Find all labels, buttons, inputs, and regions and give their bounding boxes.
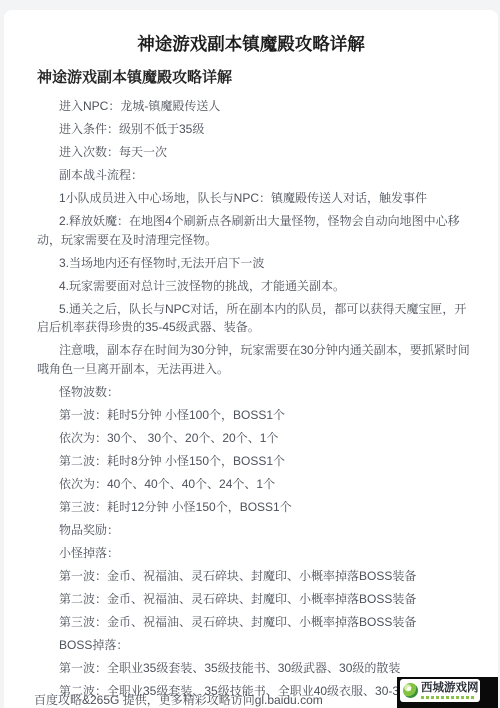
site-name: 西城游戏网	[421, 682, 479, 694]
line-enter-condition: 进入条件：级别不低于35级	[37, 120, 476, 139]
line-enter-times: 进入次数：每天一次	[37, 143, 476, 162]
site-watermark: 西城游戏网	[397, 677, 498, 708]
line-wave1: 第一波：耗时5分钟 小怪100个，BOSS1个	[37, 406, 476, 425]
line-wave2: 第二波：耗时8分钟 小怪150个，BOSS1个	[37, 452, 476, 471]
heading-monster-waves: 怪物波数：	[37, 383, 476, 402]
line-step-2: 2.释放妖魔：在地图4个刷新点各刷新出大量怪物，怪物会自动向地图中心移动，玩家需…	[37, 212, 476, 249]
line-wave1-detail: 依次为：30个、 30个、20个、20个、1个	[37, 429, 476, 448]
heading-boss-drops: BOSS掉落：	[37, 636, 476, 655]
page-title: 神途游戏副本镇魔殿攻略详解	[4, 33, 498, 55]
line-notice: 注意哦，副本存在时间为30分钟，玩家需要在30分钟内通关副本，要抓紧时间哦角色一…	[37, 341, 476, 378]
line-step-4: 4.玩家需要面对总计三波怪物的挑战，才能通关副本。	[37, 277, 476, 296]
line-step-1: 1小队成员进入中心场地，队长与NPC：镇魔殿传送人对话，触发事件	[37, 189, 476, 208]
line-minion-drop-1: 第一波：金币、祝福油、灵石碎块、封魔印、小概率掉落BOSS装备	[37, 567, 476, 586]
article-subtitle: 神途游戏副本镇魔殿攻略详解	[37, 69, 476, 87]
line-minion-drop-3: 第三波：金币、祝福油、灵石碎块、封魔印、小概率掉落BOSS装备	[37, 613, 476, 632]
line-boss-drop-1: 第一波：全职业35级套装、35级技能书、30级武器、30级的散装	[37, 659, 476, 678]
heading-item-rewards: 物品奖励：	[37, 521, 476, 540]
site-logo-plate: 西城游戏网	[400, 679, 480, 702]
line-wave2-detail: 依次为：40个、40个、40个、24个、1个	[37, 475, 476, 494]
line-step-5: 5.通关之后，队长与NPC对话，所在副本内的队员，都可以获得天魔宝匣，开启后机率…	[37, 300, 476, 337]
line-step-3: 3.当场地内还有怪物时,无法开启下一波	[37, 254, 476, 273]
article-body: 进入NPC：龙城-镇魔殿传送人 进入条件：级别不低于35级 进入次数：每天一次 …	[4, 97, 498, 700]
heading-battle-flow: 副本战斗流程：	[37, 166, 476, 185]
article-card: 神途游戏副本镇魔殿攻略详解 神途游戏副本镇魔殿攻略详解 进入NPC：龙城-镇魔殿…	[4, 10, 498, 708]
heading-minion-drops: 小怪掉落：	[37, 544, 476, 563]
site-tagline-dashes	[421, 696, 475, 699]
line-wave3: 第三波：耗时12分钟 小怪150个，BOSS1个	[37, 498, 476, 517]
site-logo-icon	[403, 683, 418, 698]
credit-line: 百度攻略&265G 提供，更多精彩攻略访问gl.baidu.com	[34, 693, 323, 707]
line-enter-npc: 进入NPC：龙城-镇魔殿传送人	[37, 97, 476, 116]
line-minion-drop-2: 第二波：金币、祝福油、灵石碎块、封魔印、小概率掉落BOSS装备	[37, 590, 476, 609]
